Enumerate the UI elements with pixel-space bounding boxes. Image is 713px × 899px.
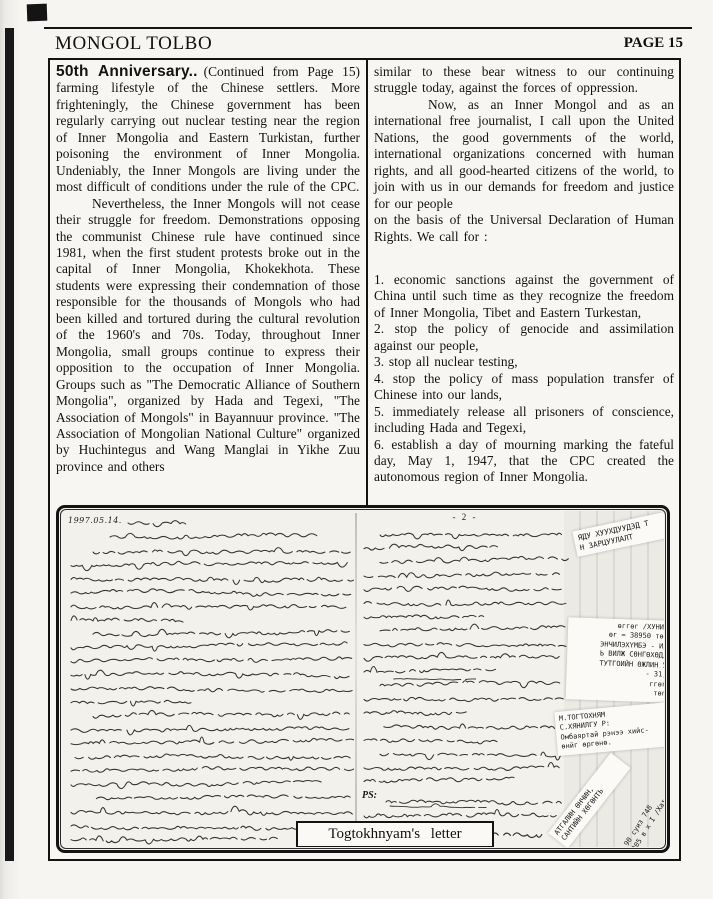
demand-item: 6. establish a day of mourning marking t… [374,437,674,486]
scan-corner-mark [27,4,48,22]
continued-note: (Continued from Page 15) [204,64,360,79]
handwriting-page-2 [360,514,570,846]
scanned-newsletter-page: { "colors": { "ink": "#151515", "paper":… [0,0,713,899]
demand-item: 4. stop the policy of mass population tr… [374,371,674,404]
article-column-right: similar to these bear witness to our con… [374,64,674,486]
article-paragraph: on the basis of the Universal Declaratio… [374,212,674,245]
lead-paragraph-text: farming lifestyle of the Chinese settler… [56,80,360,194]
article-frame: 50th Anniversary..(Continued from Page 1… [48,58,681,861]
article-paragraph: similar to these bear witness to our con… [374,64,674,97]
article-paragraph: Now, as an Inner Mongol and as an intern… [374,97,674,212]
article-heading: 50th Anniversary.. [56,63,198,80]
article-lead-paragraph: 50th Anniversary..(Continued from Page 1… [56,64,360,196]
letter-page-1: 1997.05.14. [66,514,354,846]
typed-scrap: М.ТОГТОХНЯМ С.ХЯНИЛГУ Р: Омбаяртай рэнээ… [554,702,664,756]
page-fold-line [355,513,357,847]
typed-scrap: өггөг /ХУНИЖ өг = 38950 төг ЭНЧИЛЭХҮМБЭ … [566,617,664,702]
scan-edge-strip [5,28,14,861]
letter-scan: 1997.05.14. - 2 - PS: ЯДУ ХУУХДУУДЭД Т Н… [56,505,670,853]
letter-caption: Togtokhnyam's letter [296,821,494,847]
newsletter-title: MONGOL TOLBO [55,33,212,55]
handwriting-page-1 [66,514,354,846]
demand-item: 2. stop the policy of genocide and assim… [374,321,674,354]
header-rule [44,27,692,29]
demand-item: 1. economic sanctions against the govern… [374,272,674,321]
page-number-label: PAGE 15 [624,35,683,52]
demand-item: 5. immediately release all prisoners of … [374,404,674,437]
demand-item: 3. stop all nuclear testing, [374,354,674,370]
column-divider [366,60,368,505]
demands-list: 1. economic sanctions against the govern… [374,272,674,486]
article-paragraph: Nevertheless, the Inner Mongols will not… [56,196,360,476]
letter-scan-inner: 1997.05.14. - 2 - PS: ЯДУ ХУУХДУУДЭД Т Н… [62,511,664,847]
article-column-left: 50th Anniversary..(Continued from Page 1… [56,64,360,475]
letter-page-2: - 2 - PS: [360,514,570,846]
letter-ps-marker: PS: [362,790,377,801]
